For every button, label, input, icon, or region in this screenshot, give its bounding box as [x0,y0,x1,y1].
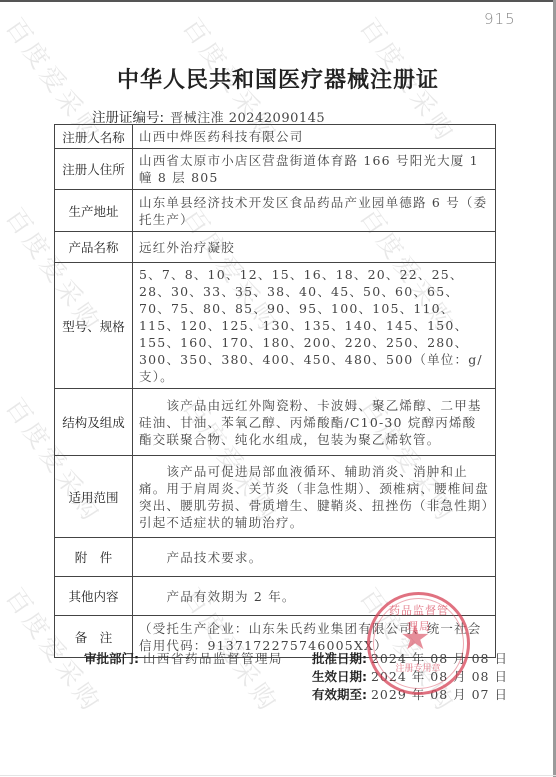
other-content-value: 产品有效期为 2 年。 [133,577,496,616]
certificate-table: 注册人名称 山西中烨医药科技有限公司 注册人住所 山西省太原市小店区营盘街道体育… [54,124,496,658]
attachment-value: 产品技术要求。 [133,538,496,577]
table-row: 型号、规格 5、7、8、10、12、15、16、18、20、22、25、28、3… [55,263,496,389]
production-address-value: 山东单县经济技术开发区食品药品产业园单德路 6 号（委托生产） [133,190,496,232]
structure-value: 该产品由远红外陶瓷粉、卡波姆、聚乙烯醇、二甲基硅油、甘油、苯氧乙醇、丙烯酸酯/C… [133,389,496,456]
table-row: 适用范围 该产品可促进局部血液循环、辅助消炎、消肿和止痛。用于肩周炎、关节炎（非… [55,456,496,538]
table-row: 结构及组成 该产品由远红外陶瓷粉、卡波姆、聚乙烯醇、二甲基硅油、甘油、苯氧乙醇、… [55,389,496,456]
field-label: 注册人名称 [55,125,133,149]
effective-date: 生效日期: 2024 年 08 月 08 日 [312,667,498,685]
field-label: 注册人住所 [55,149,133,190]
approval-date: 批准日期: 2024 年 08 月 08 日 [312,649,498,667]
table-row: 其他内容 产品有效期为 2 年。 [55,577,496,616]
field-label: 产品名称 [55,232,133,263]
model-spec-value: 5、7、8、10、12、15、16、18、20、22、25、28、30、33、3… [133,263,496,389]
approval-department-value: 山西省药品监督管理局 [143,651,283,666]
field-label: 生产地址 [55,190,133,232]
effective-date-label: 生效日期: [312,669,367,684]
table-row: 产品名称 远红外治疗凝胶 [55,232,496,263]
registration-number: 注册证编号: 晋械注准 20242090145 [92,106,325,126]
registration-number-label: 注册证编号: [92,106,164,126]
field-label: 其他内容 [55,577,133,616]
handwritten-page-number: 915 [484,10,516,28]
registrant-address-value: 山西省太原市小店区营盘街道体育路 166 号阳光大厦 1 幢 8 层 805 [133,149,496,190]
field-label: 结构及组成 [55,389,133,456]
document-title: 中华人民共和国医疗器械注册证 [0,63,556,94]
field-label: 附 件 [55,538,133,577]
valid-until-value: 2029 年 08 月 07 日 [371,687,508,702]
approval-department-label: 审批部门: [84,651,139,666]
effective-date-value: 2024 年 08 月 08 日 [371,669,508,684]
table-row: 注册人名称 山西中烨医药科技有限公司 [55,125,496,149]
table-row: 附 件 产品技术要求。 [55,538,496,577]
scope-value: 该产品可促进局部血液循环、辅助消炎、消肿和止痛。用于肩周炎、关节炎（非急性期）、… [133,456,496,538]
field-label: 型号、规格 [55,263,133,389]
valid-until-label: 有效期至: [312,687,367,702]
approval-date-value: 2024 年 08 月 08 日 [371,651,508,666]
approval-department: 审批部门: 山西省药品监督管理局 [84,649,283,667]
table-row: 生产地址 山东单县经济技术开发区食品药品产业园单德路 6 号（委托生产） [55,190,496,232]
field-label: 适用范围 [55,456,133,538]
valid-until: 有效期至: 2029 年 08 月 07 日 [312,685,498,703]
product-name-value: 远红外治疗凝胶 [133,232,496,263]
approval-date-label: 批准日期: [312,651,367,666]
bottom-edge [0,775,556,776]
registrant-name-value: 山西中烨医药科技有限公司 [133,125,496,149]
table-row: 注册人住所 山西省太原市小店区营盘街道体育路 166 号阳光大厦 1 幢 8 层… [55,149,496,190]
top-edge [0,0,556,2]
